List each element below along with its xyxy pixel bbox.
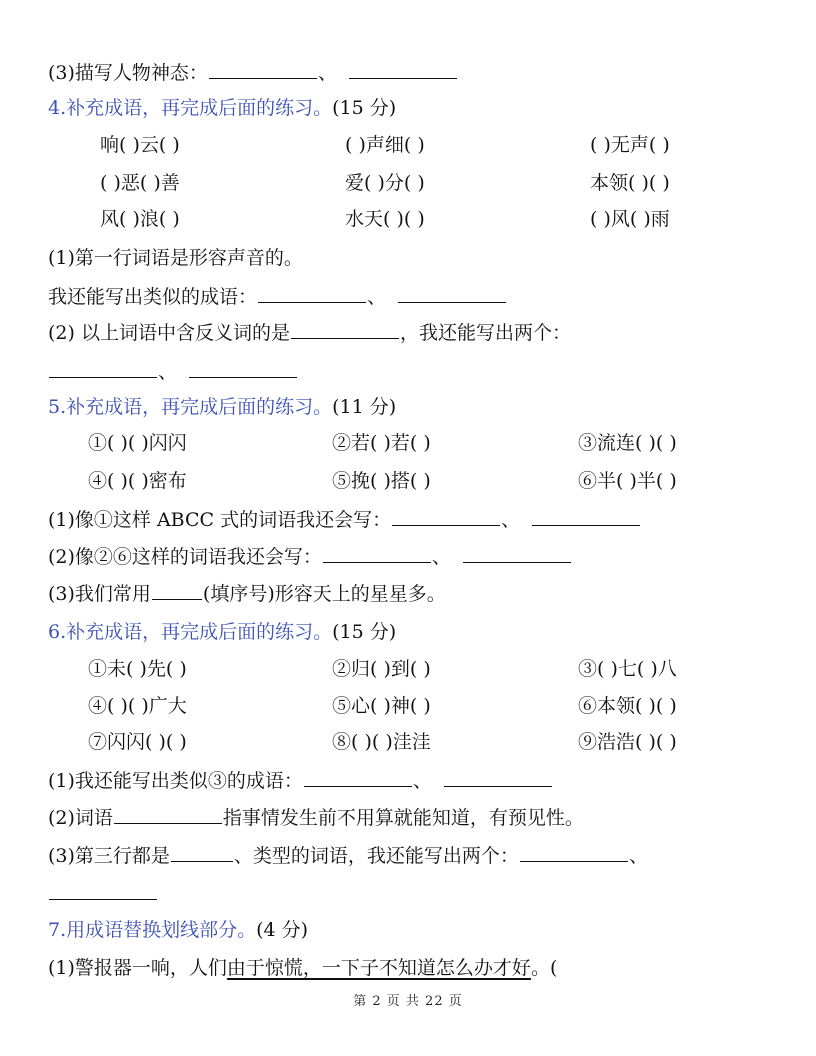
separator: 、 [501,509,520,531]
answer-blank[interactable] [532,505,640,526]
q4-sub2-tail: ，我还能写出两个： [400,322,571,344]
q5-idiom[interactable]: ③流连( )( ) [578,428,677,458]
q4-idiom[interactable]: 水天( )( ) [345,204,425,234]
answer-blank[interactable] [152,579,202,600]
q5-heading: 5.补充成语，再完成后面的练习。(11 分) [48,392,396,422]
q5-idiom[interactable]: ⑤挽( )搭( ) [332,466,431,496]
separator: 、 [367,286,386,308]
q4-sub2-label: (2) 以上词语中含反义词的是 [48,322,290,344]
q6-idiom[interactable]: ⑧( )( )洼洼 [332,727,431,757]
q5-idiom[interactable]: ①( )( )闪闪 [88,428,187,458]
q7-title: 7.用成语替换划线部分。 [48,919,256,941]
q6-title: 6.补充成语，再完成后面的练习。 [48,621,332,643]
answer-blank[interactable] [463,542,571,563]
answer-blank[interactable] [49,879,157,900]
q7-sub1-suffix: 。( [531,957,557,979]
q6-idiom[interactable]: ⑥本领( )( ) [578,691,677,721]
answer-blank[interactable] [398,282,506,303]
q4-idiom[interactable]: 风( )浪( ) [100,204,180,234]
answer-blank[interactable] [114,803,222,824]
q7-sub1-line: (1)警报器一响，人们由于惊慌，一下子不知道怎么办才好。( [48,953,557,983]
q5-sub2-label: (2)像②⑥这样的词语我还会写： [48,546,322,568]
q4-sub1-line: (1)第一行词语是形容声音的。 [48,243,303,273]
q3-sub3-line: (3)描写人物神态：、 [48,58,458,88]
q4-idiom[interactable]: ( )恶( )善 [100,168,180,198]
q7-score: (4 分) [256,919,308,941]
separator: 、 [158,361,177,383]
q6-sub3-blank-line [48,879,158,909]
answer-blank[interactable] [392,505,500,526]
q5-sub1-label: (1)像①这样 ABCC 式的词语我还会写： [48,509,391,531]
q4-idiom[interactable]: ( )声细( ) [345,130,425,160]
q6-score: (15 分) [332,621,396,643]
answer-blank[interactable] [304,766,412,787]
q6-idiom[interactable]: ②归( )到( ) [332,654,431,684]
separator: 、 [413,770,432,792]
q6-idiom[interactable]: ⑦闪闪( )( ) [88,727,187,757]
q4-sub1b-label: 我还能写出类似的成语： [48,286,257,308]
q4-sub2-blanks: 、 [48,357,298,387]
q5-sub1-line: (1)像①这样 ABCC 式的词语我还会写：、 [48,505,641,535]
answer-blank[interactable] [189,357,297,378]
q4-idiom[interactable]: 爱( )分( ) [345,168,425,198]
q5-score: (11 分) [332,396,396,418]
q6-sub1-line: (1)我还能写出类似③的成语：、 [48,766,553,796]
answer-blank[interactable] [209,58,317,79]
q4-score: (15 分) [332,97,396,119]
answer-blank[interactable] [323,542,431,563]
q6-idiom[interactable]: ①未( )先( ) [88,654,187,684]
answer-blank[interactable] [258,282,366,303]
answer-blank[interactable] [49,357,157,378]
q6-idiom[interactable]: ⑨浩浩( )( ) [578,727,677,757]
q6-sub2-label: (2)词语 [48,807,113,829]
separator: 、 [629,845,648,867]
q5-sub3-label: (3)我们常用 [48,583,151,605]
separator: 、 [432,546,451,568]
separator: 、 [318,62,337,84]
q4-idiom[interactable]: ( )风( )雨 [590,204,670,234]
q4-title: 4.补充成语，再完成后面的练习。 [48,97,332,119]
answer-blank[interactable] [171,841,233,862]
q7-underlined-phrase: 由于惊慌，一下子不知道怎么办才好 [227,957,531,979]
q4-idiom[interactable]: ( )无声( ) [590,130,670,160]
q6-sub1-label: (1)我还能写出类似③的成语： [48,770,303,792]
page-footer: 第 2 页 共 22 页 [0,990,816,1009]
q6-idiom[interactable]: ④( )( )广大 [88,691,187,721]
q4-idiom[interactable]: 本领( )( ) [590,168,670,198]
q6-sub3-line: (3)第三行都是、类型的词语，我还能写出两个：、 [48,841,648,871]
q4-idiom[interactable]: 响( )云( ) [100,130,180,160]
q6-heading: 6.补充成语，再完成后面的练习。(15 分) [48,617,396,647]
q5-idiom[interactable]: ②若( )若( ) [332,428,431,458]
q5-idiom[interactable]: ⑥半( )半( ) [578,466,677,496]
q6-idiom[interactable]: ③( )七( )八 [578,654,677,684]
q3-sub3-label: (3)描写人物神态： [48,62,208,84]
q6-sub3-mid: 、类型的词语，我还能写出两个： [234,845,519,867]
answer-blank[interactable] [349,58,457,79]
answer-blank[interactable] [444,766,552,787]
q4-heading: 4.补充成语，再完成后面的练习。(15 分) [48,93,396,123]
q5-sub2-line: (2)像②⑥这样的词语我还会写：、 [48,542,572,572]
q7-heading: 7.用成语替换划线部分。(4 分) [48,915,308,945]
q6-idiom[interactable]: ⑤心( )神( ) [332,691,431,721]
q5-title: 5.补充成语，再完成后面的练习。 [48,396,332,418]
q6-sub2-line: (2)词语指事情发生前不用算就能知道，有预见性。 [48,803,584,833]
q4-sub2-line: (2) 以上词语中含反义词的是，我还能写出两个： [48,318,571,348]
q6-sub2-tail: 指事情发生前不用算就能知道，有预见性。 [223,807,584,829]
answer-blank[interactable] [291,318,399,339]
q6-sub3-label: (3)第三行都是 [48,845,170,867]
q5-idiom[interactable]: ④( )( )密布 [88,466,187,496]
q5-sub3-line: (3)我们常用(填序号)形容天上的星星多。 [48,579,446,609]
answer-blank[interactable] [520,841,628,862]
q4-sub1b-line: 我还能写出类似的成语：、 [48,282,507,312]
q5-sub3-tail: (填序号)形容天上的星星多。 [203,583,446,605]
q7-sub1-prefix: (1)警报器一响，人们 [48,957,227,979]
